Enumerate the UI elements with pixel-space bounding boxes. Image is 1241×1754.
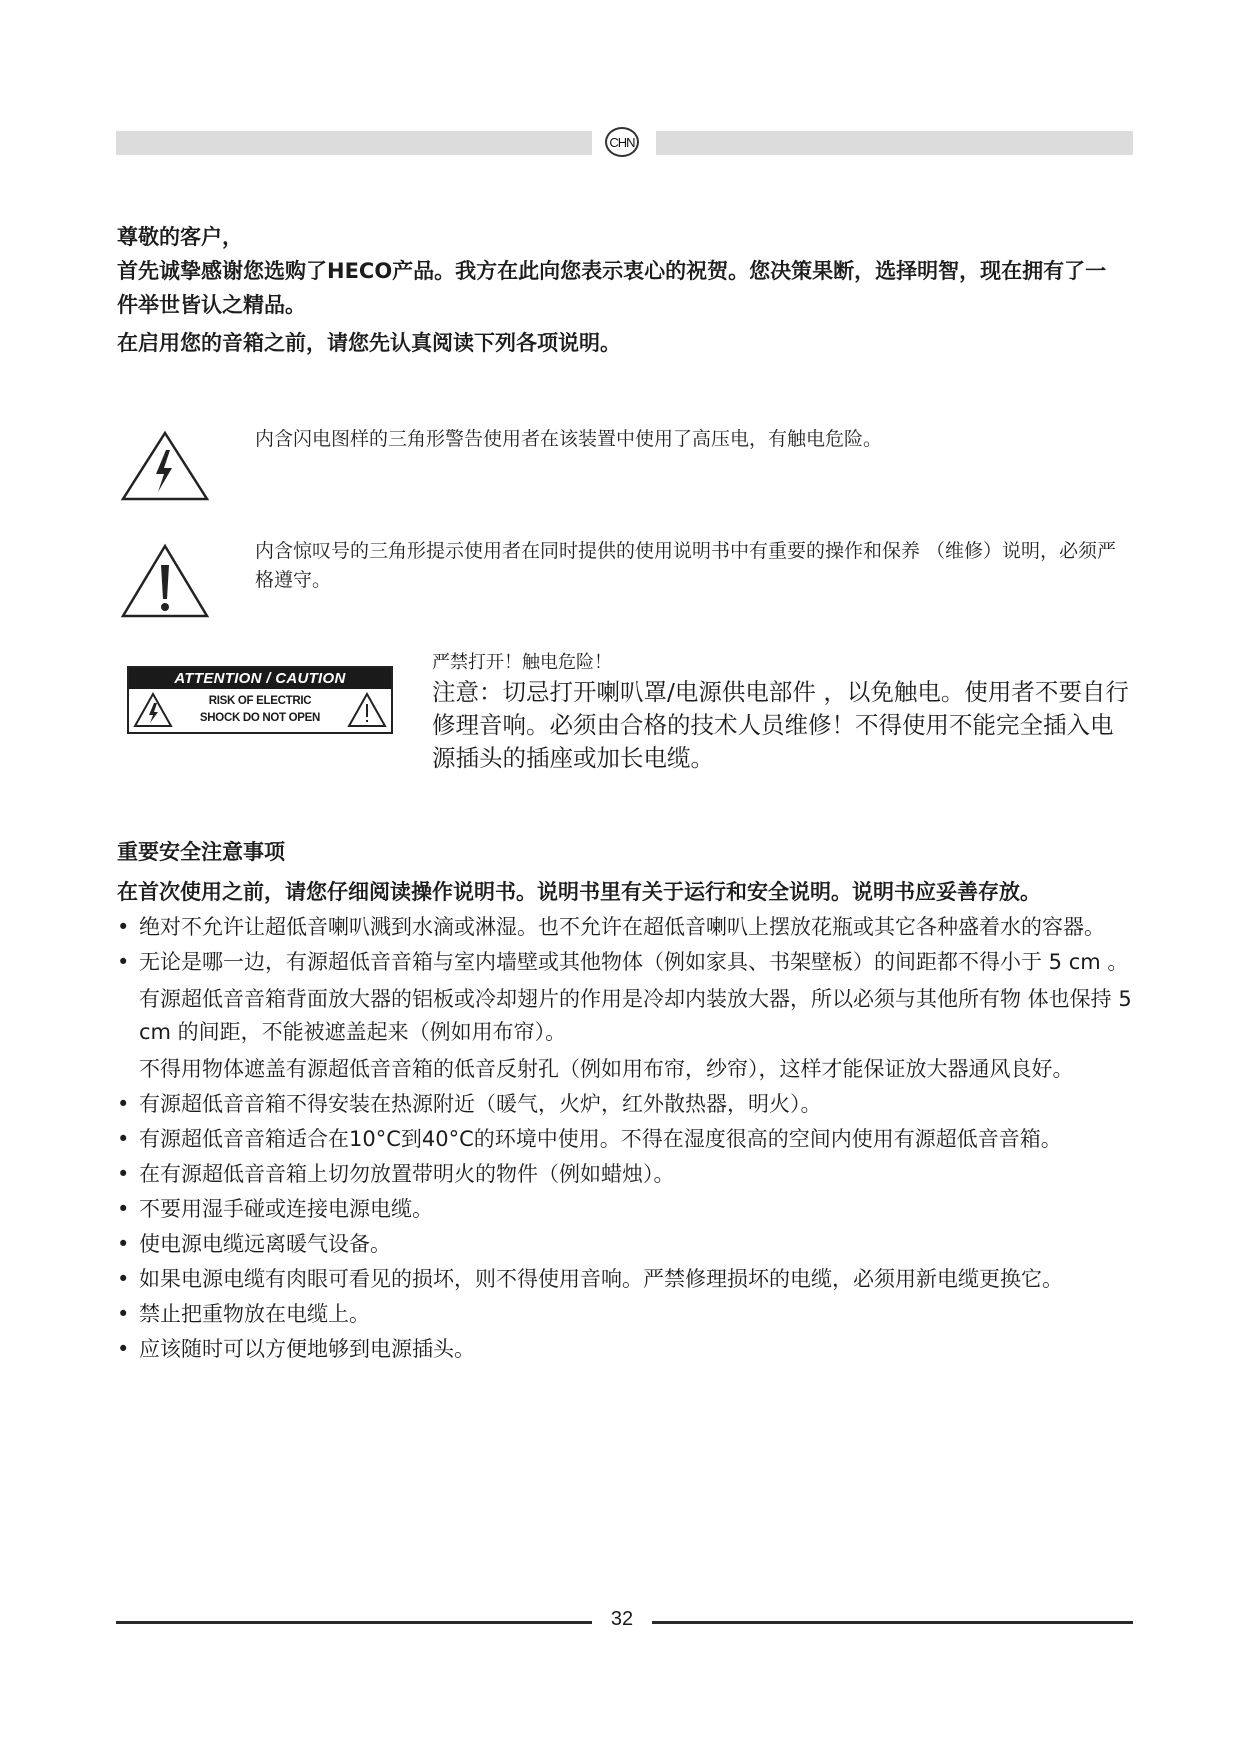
warning-lightning-text: 内含闪电图样的三角形警告使用者在该装置中使用了高压电，有触电危险。 <box>255 425 1125 454</box>
safety-section: 重要安全注意事项 在首次使用之前，请您仔细阅读操作说明书。说明书里有关于运行和安… <box>117 835 1132 1366</box>
list-item-text: 如果电源电缆有肉眼可看见的损坏，则不得使用音响。严禁修理损坏的电缆，必须用新电缆… <box>135 1267 1063 1291</box>
footer-rule-right <box>652 1621 1133 1624</box>
safety-list: •绝对不允许让超低音喇叭溅到水滴或淋湿。也不允许在超低音喇叭上摆放花瓶或其它各种… <box>117 911 1132 1366</box>
exclamation-triangle-icon <box>120 543 210 623</box>
bullet: • <box>117 1333 129 1366</box>
header-bar-left <box>116 131 592 155</box>
list-item-text: 禁止把重物放在电缆上。 <box>135 1302 370 1326</box>
list-item-text: 应该随时可以方便地够到电源插头。 <box>135 1337 475 1361</box>
list-item: • 有源超低音音箱不得安装在热源附近（暖气，火炉，红外散热器，明火）。 <box>117 1088 1132 1121</box>
bullet: • <box>117 1123 129 1156</box>
list-item-subparagraph: 不得用物体遮盖有源超低音音箱的低音反射孔（例如用布帘，纱帘），这样才能保证放大器… <box>135 1053 1132 1086</box>
bullet: • <box>117 1298 129 1331</box>
language-badge: CHN <box>605 127 639 157</box>
list-item: •使电源电缆远离暖气设备。 <box>117 1228 1132 1261</box>
read-first-notice: 在启用您的音箱之前，请您先认真阅读下列各项说明。 <box>117 326 1127 360</box>
caution-label-text: RISK OF ELECTRIC SHOCK DO NOT OPEN <box>179 693 341 727</box>
caution-label-line2: SHOCK DO NOT OPEN <box>179 710 341 727</box>
lightning-triangle-icon <box>133 692 173 732</box>
exclamation-triangle-icon <box>347 692 387 732</box>
list-item-text: 不要用湿手碰或连接电源电缆。 <box>135 1197 433 1221</box>
caution-headline: 严禁打开！触电危险！ <box>432 650 1132 676</box>
bullet: • <box>117 1193 129 1226</box>
bullet: • <box>117 946 129 979</box>
bullet: • <box>117 911 129 944</box>
caution-label-line1: RISK OF ELECTRIC <box>179 693 341 710</box>
safety-lead: 在首次使用之前，请您仔细阅读操作说明书。说明书里有关于运行和安全说明。说明书应妥… <box>117 875 1132 909</box>
list-item: •有源超低音音箱适合在10°C到40°C的环境中使用。不得在湿度很高的空间内使用… <box>117 1123 1132 1156</box>
warning-exclamation-text: 内含惊叹号的三角形提示使用者在同时提供的使用说明书中有重要的操作和保养 （维修）… <box>255 537 1135 595</box>
list-item-text: 有源超低音音箱不得安装在热源附近（暖气，火炉，红外散热器，明火）。 <box>135 1092 822 1116</box>
list-item-text: 无论是哪一边，有源超低音音箱与室内墙壁或其他物体（例如家具、书架壁板）的间距都不… <box>135 950 1128 974</box>
lightning-triangle-icon <box>120 430 210 506</box>
list-item: •绝对不允许让超低音喇叭溅到水滴或淋湿。也不允许在超低音喇叭上摆放花瓶或其它各种… <box>117 911 1132 944</box>
list-item: •在有源超低音音箱上切勿放置带明火的物件（例如蜡烛）。 <box>117 1158 1132 1191</box>
list-item: •不要用湿手碰或连接电源电缆。 <box>117 1193 1132 1226</box>
list-item-text: 在有源超低音音箱上切勿放置带明火的物件（例如蜡烛）。 <box>135 1162 675 1186</box>
bullet: • <box>117 1228 129 1261</box>
thanks-paragraph: 首先诚挚感谢您选购了HECO产品。我方在此向您表示衷心的祝贺。您决策果断，选择明… <box>117 254 1127 322</box>
page-number: 32 <box>592 1608 652 1631</box>
bullet: • <box>117 1088 129 1121</box>
list-item: •应该随时可以方便地够到电源插头。 <box>117 1333 1132 1366</box>
header-bar-right <box>656 131 1133 155</box>
list-item-text: 绝对不允许让超低音喇叭溅到水滴或淋湿。也不允许在超低音喇叭上摆放花瓶或其它各种盛… <box>135 915 1105 939</box>
bullet: • <box>117 1263 129 1296</box>
caution-text: 严禁打开！触电危险！ 注意：切忌打开喇叭罩/电源供电部件 ，以免触电。使用者不要… <box>432 650 1132 775</box>
list-item-text: 使电源电缆远离暖气设备。 <box>135 1232 391 1256</box>
bullet: • <box>117 1158 129 1191</box>
list-item-text: 有源超低音音箱适合在10°C到40°C的环境中使用。不得在湿度很高的空间内使用有… <box>135 1127 1062 1151</box>
caution-label: ATTENTION / CAUTION RISK OF ELECTRIC SHO… <box>127 666 393 734</box>
safety-title: 重要安全注意事项 <box>117 835 1132 869</box>
intro-section: 尊敬的客户， 首先诚挚感谢您选购了HECO产品。我方在此向您表示衷心的祝贺。您决… <box>117 220 1127 360</box>
list-item: • 如果电源电缆有肉眼可看见的损坏，则不得使用音响。严禁修理损坏的电缆，必须用新… <box>117 1263 1132 1296</box>
footer-rule-left <box>116 1621 592 1624</box>
list-item: •禁止把重物放在电缆上。 <box>117 1298 1132 1331</box>
caution-body: 注意：切忌打开喇叭罩/电源供电部件 ，以免触电。使用者不要自行修理音响。必须由合… <box>432 676 1132 775</box>
caution-label-title: ATTENTION / CAUTION <box>129 668 391 689</box>
list-item-subparagraph: 有源超低音音箱背面放大器的铝板或冷却翅片的作用是冷却内装放大器，所以必须与其他所… <box>135 983 1132 1049</box>
list-item: •无论是哪一边，有源超低音音箱与室内墙壁或其他物体（例如家具、书架壁板）的间距都… <box>117 946 1132 1086</box>
greeting: 尊敬的客户， <box>117 220 1127 254</box>
